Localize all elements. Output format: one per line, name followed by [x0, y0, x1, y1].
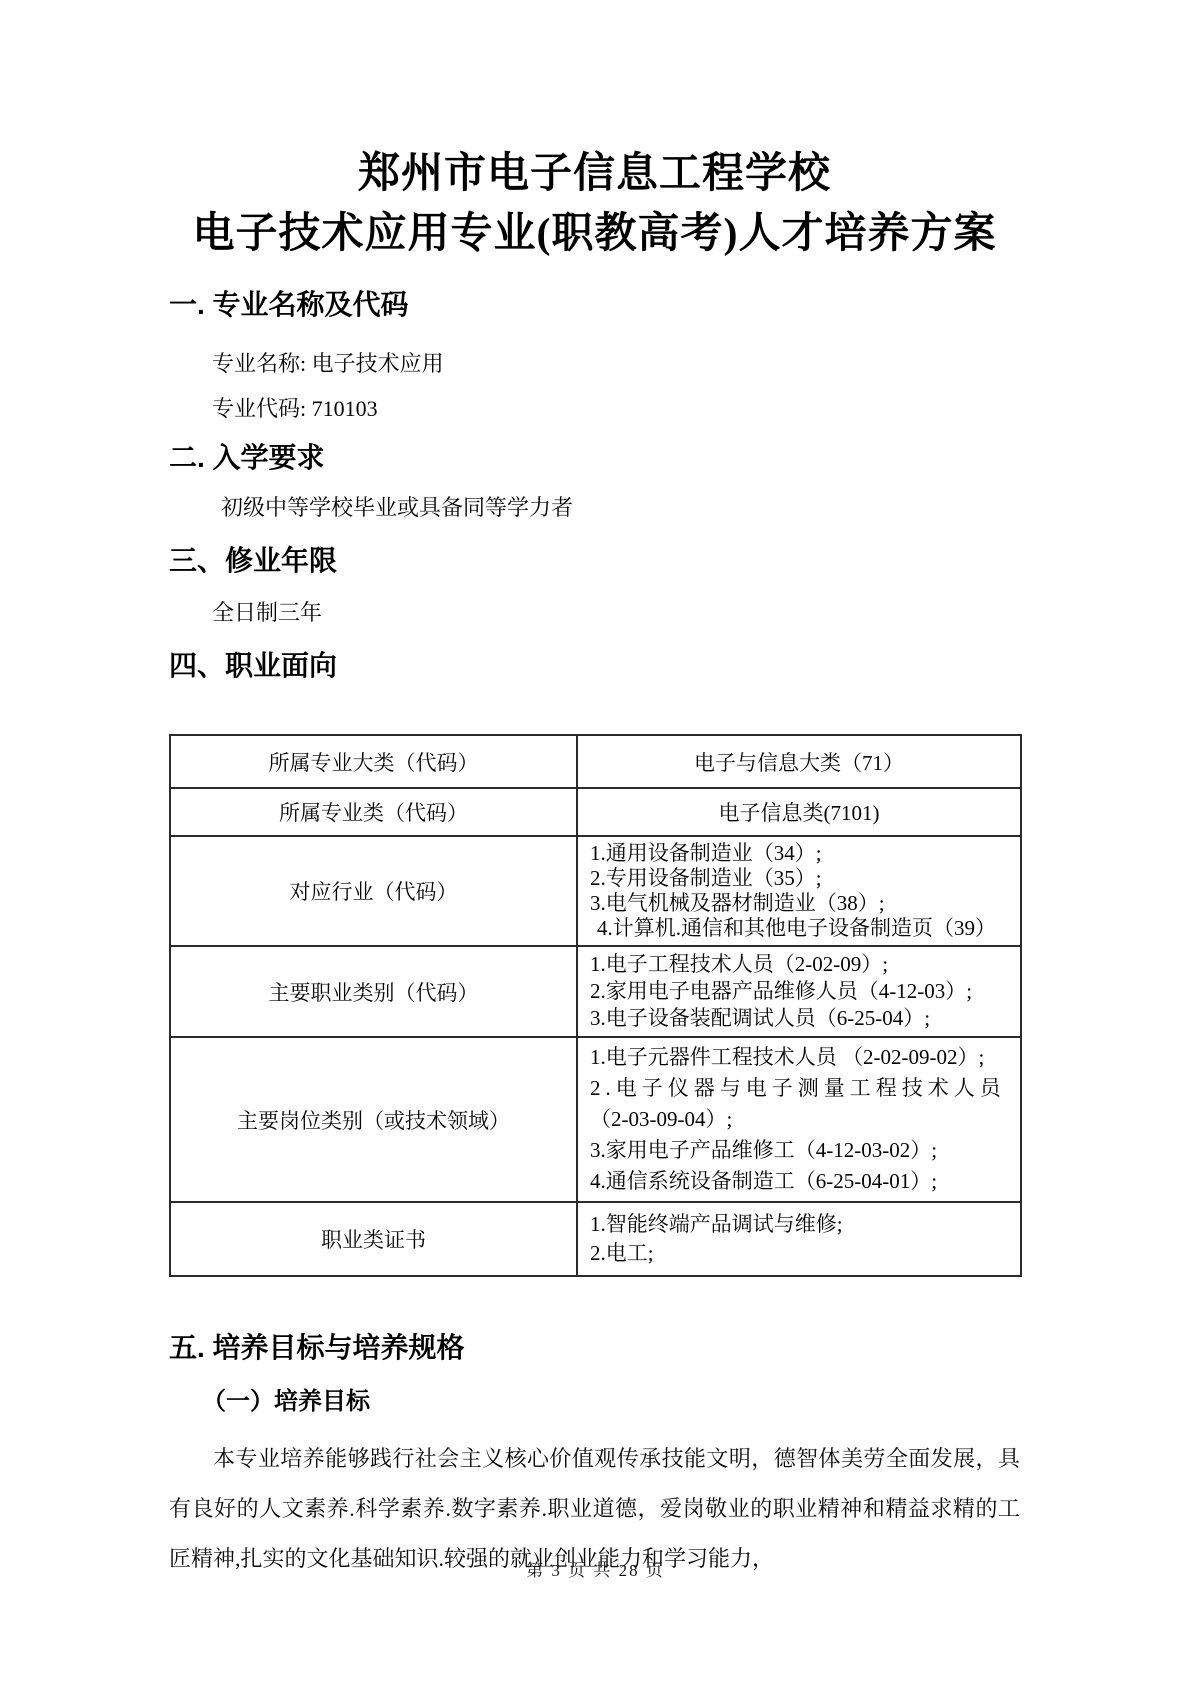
section-4-heading: 四、职业面向: [169, 649, 1020, 683]
table-row: 对应行业（代码） 1.通用设备制造业（34）; 2.专用设备制造业（35）; 3…: [170, 836, 1021, 946]
major-code: 专业代码: 710103: [212, 393, 1020, 424]
row-value: 1.通用设备制造业（34）; 2.专用设备制造业（35）; 3.电气机械及器材制…: [577, 836, 1021, 946]
list-line: 2.专用设备制造业（35）;: [590, 866, 1014, 891]
career-orientation-table: 所属专业大类（代码） 电子与信息大类（71） 所属专业类（代码） 电子信息类(7…: [169, 734, 1022, 1277]
row-value: 1.电子元器件工程技术人员 （2-02-09-02）; 2.电子仪器与电子测量工…: [577, 1037, 1021, 1202]
row-label: 所属专业大类（代码）: [170, 735, 577, 788]
section-3-heading: 三、修业年限: [169, 544, 1020, 578]
row-label: 主要职业类别（代码）: [170, 946, 577, 1037]
section-5-heading: 五. 培养目标与培养规格: [169, 1331, 1020, 1365]
row-value: 电子与信息大类（71）: [577, 735, 1021, 788]
section-1-heading: 一. 专业名称及代码: [169, 288, 1020, 322]
doc-title-line2: 电子技术应用专业(职教高考)人才培养方案: [169, 208, 1020, 261]
major-name: 专业名称: 电子技术应用: [212, 348, 1020, 379]
table-row: 主要职业类别（代码） 1.电子工程技术人员（2-02-09）; 2.家用电子电器…: [170, 946, 1021, 1037]
list-line: 2.家用电子电器产品维修人员（4-12-03）;: [590, 978, 1014, 1005]
list-line: 1.智能终端产品调试与维修;: [590, 1210, 1014, 1239]
list-line: 3.电气机械及器材制造业（38）;: [590, 891, 1014, 916]
row-value: 1.智能终端产品调试与维修; 2.电工;: [577, 1202, 1021, 1276]
list-line: 1.电子元器件工程技术人员 （2-02-09-02）;: [590, 1042, 1014, 1073]
row-label: 主要岗位类别（或技术领域）: [170, 1037, 577, 1202]
list-line: 2.电工;: [590, 1239, 1014, 1268]
list-line: 4.计算机.通信和其他电子设备制造页（39）: [590, 916, 1014, 941]
row-label: 所属专业类（代码）: [170, 788, 577, 836]
page-number-indicator: 第 3 页 共 28 页: [0, 1556, 1191, 1581]
list-line: 4.通信系统设备制造工（6-25-04-01）;: [590, 1166, 1014, 1197]
row-value: 电子信息类(7101): [577, 788, 1021, 836]
list-line: 2.电子仪器与电子测量工程技术人员: [590, 1073, 1014, 1104]
study-duration: 全日制三年: [212, 597, 1020, 628]
row-label: 职业类证书: [170, 1202, 577, 1276]
list-line: （2-03-09-04）;: [590, 1104, 1014, 1135]
table-row: 所属专业大类（代码） 电子与信息大类（71）: [170, 735, 1021, 788]
list-line: 1.通用设备制造业（34）;: [590, 841, 1014, 866]
doc-title-line1: 郑州市电子信息工程学校: [169, 148, 1020, 201]
list-line: 3.电子设备装配调试人员（6-25-04）;: [590, 1005, 1014, 1032]
row-value: 1.电子工程技术人员（2-02-09）; 2.家用电子电器产品维修人员（4-12…: [577, 946, 1021, 1037]
list-line: 3.家用电子产品维修工（4-12-03-02）;: [590, 1135, 1014, 1166]
table-row: 职业类证书 1.智能终端产品调试与维修; 2.电工;: [170, 1202, 1021, 1276]
list-line: 1.电子工程技术人员（2-02-09）;: [590, 951, 1014, 978]
section-2-heading: 二. 入学要求: [169, 441, 1020, 475]
table-row: 主要岗位类别（或技术领域） 1.电子元器件工程技术人员 （2-02-09-02）…: [170, 1037, 1021, 1202]
row-label: 对应行业（代码）: [170, 836, 577, 946]
section-5-subheading: （一）培养目标: [202, 1387, 1020, 1417]
document-page: 郑州市电子信息工程学校 电子技术应用专业(职教高考)人才培养方案 一. 专业名称…: [0, 0, 1191, 1684]
enrollment-requirement: 初级中等学校毕业或具备同等学力者: [221, 492, 1020, 523]
table-row: 所属专业类（代码） 电子信息类(7101): [170, 788, 1021, 836]
